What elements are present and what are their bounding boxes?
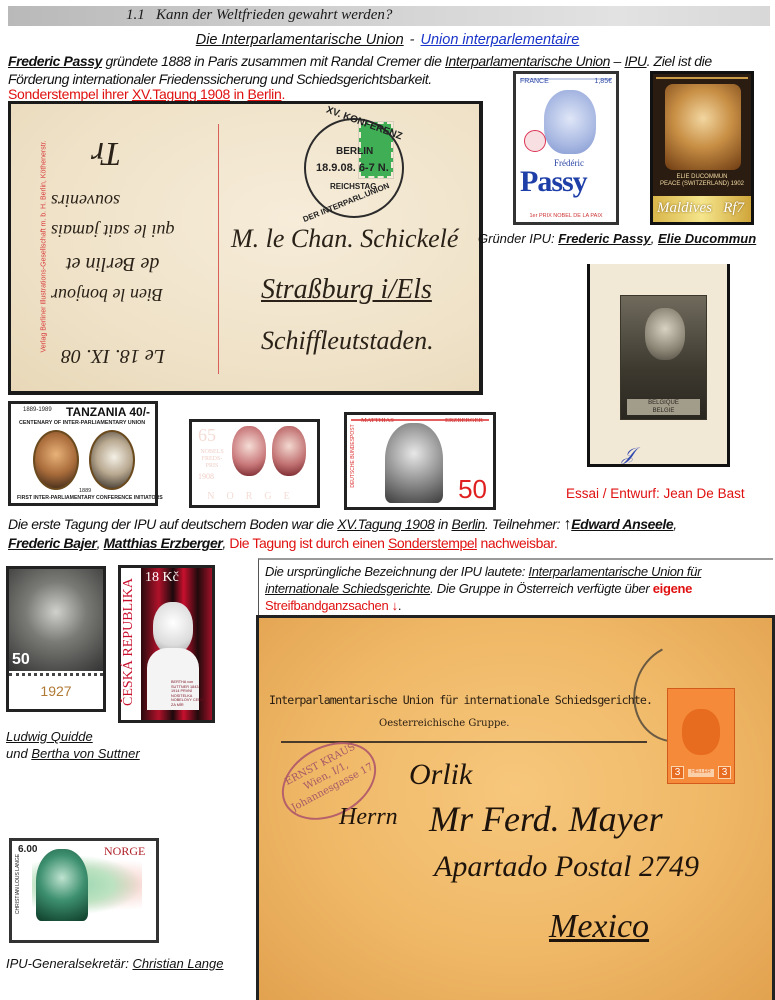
essay-proof-image: BELGIQUEBELGIE 𝒥 [587, 264, 730, 467]
postcard-image: Verlag Berliner Illustrations-Gesellscha… [8, 101, 483, 395]
link-sonderstempel[interactable]: Sonderstempel [388, 535, 477, 551]
indicium-stamp: 3 HELLER 3 [667, 688, 735, 784]
link-berlin[interactable]: Berlin [247, 86, 281, 102]
link-ipu-abbr[interactable]: IPU [624, 53, 646, 69]
portrait [544, 90, 596, 154]
stamp-germany-quidde: 50 1927 [6, 566, 106, 712]
wrapper-envelope-image: Interparlamentarische Union für internat… [256, 615, 775, 1000]
postmark: XV. KONFERENZ BERLIN 18.9.08. 6-7 N. REI… [304, 118, 404, 218]
link-passy[interactable]: Frederic Passy [558, 231, 651, 246]
stamp-maldives-ducommun: ELIE DUCOMMUNPEACE (SWITZERLAND) 1902 Ma… [650, 71, 754, 225]
caption-essay: Essai / Entwurf: Jean De Bast [566, 486, 745, 501]
caption-founders: Gründer IPU: Frederic Passy, Elie Ducomm… [478, 231, 756, 246]
link-ipu[interactable]: Interparlamentarische Union [445, 53, 610, 69]
stamp-czech-suttner: ČESKÁ REPUBLIKA 18 Kč BERTHA von SUTTNER… [118, 565, 215, 723]
stamp-tanzania-ipu: 1889-1989 TANZANIA 40/- CENTENARY OF INT… [8, 401, 158, 506]
link-ducommun[interactable]: Elie Ducommun [658, 231, 756, 246]
link-frederic-passy[interactable]: Frederic Passy [8, 53, 102, 69]
postcard-divider [218, 124, 219, 374]
link-erzberger[interactable]: Matthias Erzberger [104, 535, 223, 551]
caption-quidde-suttner: Ludwig Quidde und Bertha von Suttner [6, 728, 140, 762]
seal-icon [524, 130, 546, 152]
portrait [665, 84, 741, 170]
name-note-box: Die ursprüngliche Bezeichnung der IPU la… [258, 558, 773, 616]
subtitle-german: Die Interparlamentarische Union [196, 32, 404, 48]
page-subtitle: Die Interparlamentarische Union-Union in… [0, 32, 775, 48]
address-line-3: Schiffleutstaden. [261, 326, 434, 356]
link-berlin-2[interactable]: Berlin [452, 516, 485, 532]
signature: 𝒥 [622, 444, 634, 465]
stamp-germany-erzberger: DEUTSCHE BUNDESPOST MATTHIAS ERZBERGER 5… [344, 412, 496, 510]
stamp-france-passy: FRANCE1,85€ Frédéric Passy 1er PRIX NOBE… [513, 71, 619, 225]
link-bajer[interactable]: Frederic Bajer [8, 535, 97, 551]
section-title: 1.1 Kann der Weltfrieden gewahrt werden? [126, 7, 392, 24]
address-line-2: Straßburg i/Els [261, 274, 432, 306]
link-quidde[interactable]: Ludwig Quidde [6, 729, 93, 744]
stamp-norge-lange: CHRISTIAN LOUS LANGE 6.00 NORGE [9, 838, 159, 943]
subtitle-french-link[interactable]: Union interparlementaire [421, 32, 580, 48]
address-line-1: M. le Chan. Schickelé [231, 224, 458, 254]
link-lange[interactable]: Christian Lange [132, 956, 223, 971]
stamp-norge-nobel: 65 NOBELS FREDS-PRIS 1908 NORGE [189, 419, 320, 508]
caption-lange: IPU-Generalsekretär: Christian Lange [6, 956, 224, 971]
tagung-paragraph: Die erste Tagung der IPU auf deutschem B… [8, 515, 773, 552]
section-header: 1.1 Kann der Weltfrieden gewahrt werden? [8, 6, 770, 26]
postcard-publisher: Verlag Berliner Illustrations-Gesellscha… [19, 154, 59, 354]
link-xv-tagung-2[interactable]: XV.Tagung 1908 [337, 516, 434, 532]
link-xv-tagung[interactable]: XV.Tagung 1908 [132, 86, 230, 102]
link-anseele[interactable]: Edward Anseele [571, 516, 673, 532]
link-suttner[interactable]: Bertha von Suttner [31, 746, 139, 761]
intro-red-line: Sonderstempel ihrer XV.Tagung 1908 in Be… [8, 86, 285, 102]
